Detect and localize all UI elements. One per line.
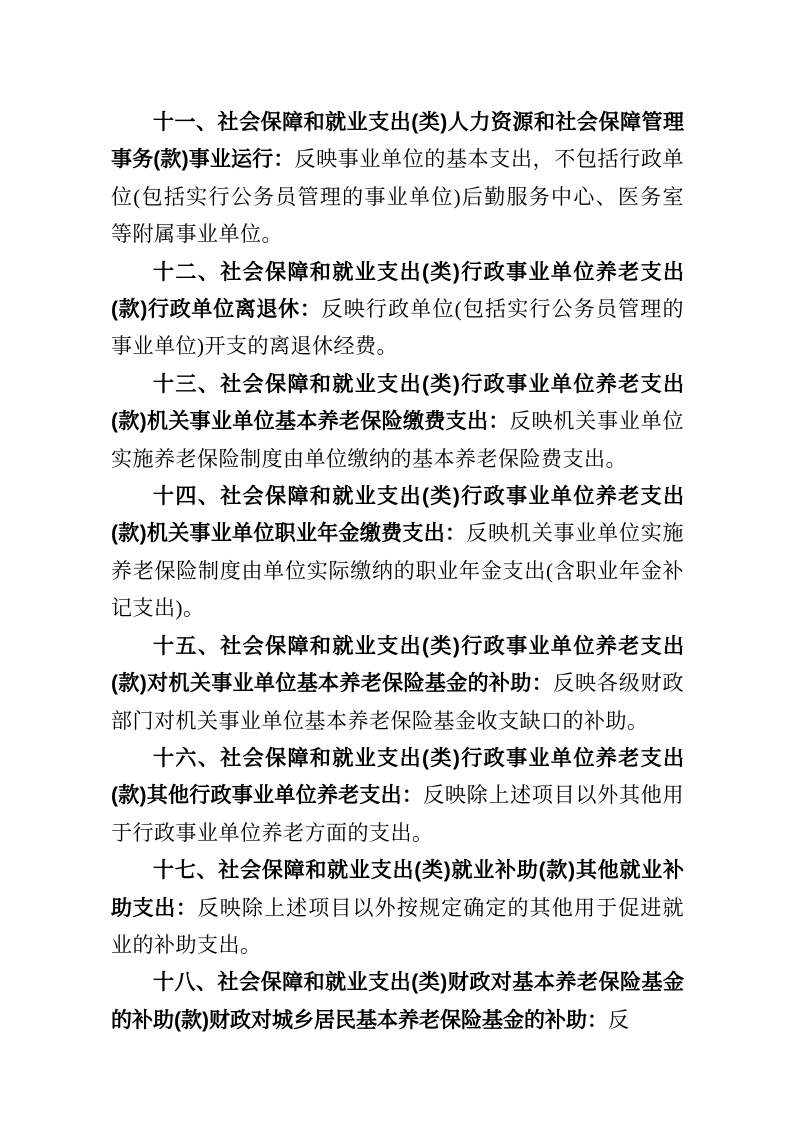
paragraph-item-16: 十六、社会保障和就业支出(类)行政事业单位养老支出(款)其他行政事业单位养老支出… [111,740,684,852]
paragraph-item-17: 十七、社会保障和就业支出(类)就业补助(款)其他就业补助支出：反映除上述项目以外… [111,852,684,964]
paragraph-18-heading: 十八、社会保障和就业支出(类)财政对基本养老保险基金的补助(款)财政对城乡居民基… [111,971,684,1031]
paragraph-item-13: 十三、社会保障和就业支出(类)行政事业单位养老支出(款)机关事业单位基本养老保险… [111,366,684,478]
paragraph-item-18: 十八、社会保障和就业支出(类)财政对基本养老保险基金的补助(款)财政对城乡居民基… [111,964,684,1039]
paragraph-item-14: 十四、社会保障和就业支出(类)行政事业单位养老支出(款)机关事业单位职业年金缴费… [111,478,684,628]
paragraph-17-body: 反映除上述项目以外按规定确定的其他用于促进就业的补助支出。 [111,896,684,957]
paragraph-item-11: 十一、社会保障和就业支出(类)人力资源和社会保障管理事务(款)事业运行：反映事业… [111,104,684,254]
document-content: 十一、社会保障和就业支出(类)人力资源和社会保障管理事务(款)事业运行：反映事业… [111,104,684,1039]
paragraph-18-body: 反 [608,1008,630,1032]
paragraph-item-12: 十二、社会保障和就业支出(类)行政事业单位养老支出(款)行政单位离退休：反映行政… [111,254,684,366]
paragraph-item-15: 十五、社会保障和就业支出(类)行政事业单位养老支出(款)对机关事业单位基本养老保… [111,628,684,740]
document-page: 十一、社会保障和就业支出(类)人力资源和社会保障管理事务(款)事业运行：反映事业… [0,0,793,1122]
